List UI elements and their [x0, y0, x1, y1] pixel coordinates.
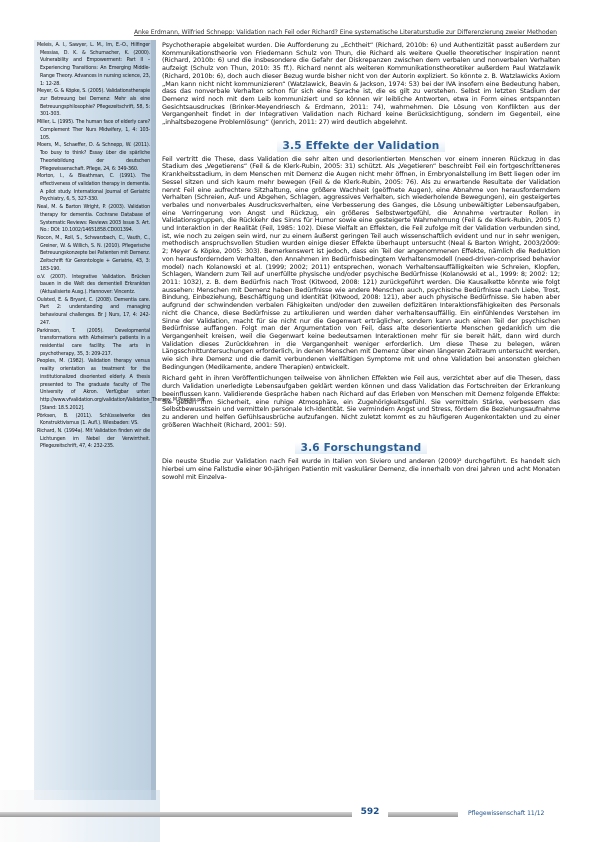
paragraph-effects-feil: Feil vertritt die These, dass Validation… [162, 156, 560, 372]
reference-item: Peoples, M. (1982). Validation therapy v… [37, 358, 150, 412]
reference-item: Pörksen, B. (2011). Schlüsselwerke des K… [37, 413, 150, 428]
reference-list: Meleis, A. I., Sawyer, L. M., Im, E.-O.,… [37, 42, 150, 451]
section-heading-3-6: 3.6 Forschungstand [162, 442, 560, 454]
section-heading-3-5: 3.5 Effekte der Validation [162, 140, 560, 152]
main-text-column: Psychotherapie abgeleitet wurden. Die Au… [162, 42, 560, 481]
reference-item: Meleis, A. I., Sawyer, L. M., Im, E.-O.,… [37, 42, 150, 88]
reference-item: Nocon, M., Roll, S., Schwarzbach, C., Va… [37, 235, 150, 274]
paragraph-effects-richard: Richard geht in ihren Veröffentlichungen… [162, 375, 560, 429]
reference-item: o.V. (2007). Integrative Validation. Brü… [37, 274, 150, 297]
paragraph-research-state: Die neuste Studie zur Validation nach Fe… [162, 458, 560, 481]
reference-item: Miller, L. (1995). The human face of eld… [37, 119, 150, 142]
page-number: 592 [352, 806, 388, 819]
running-header: Anke Erdmann, Wilfried Schnepp: Validati… [35, 29, 557, 37]
footer-rule [0, 812, 458, 817]
sidebar-edge [151, 40, 156, 800]
reference-item: Richard, N. (1994a). Mit Validation find… [37, 428, 150, 451]
section-heading-text: 3.5 Effekte der Validation [277, 140, 446, 152]
paragraph-intro: Psychotherapie abgeleitet wurden. Die Au… [162, 42, 560, 127]
reference-item: Moers, M., Schaeffer, D. & Schnepp, W. (… [37, 142, 150, 173]
reference-item: Neal, M. & Barton Wright, P. (2003). Val… [37, 204, 150, 235]
journal-issue-label: Pflegewissenschaft 11/12 [468, 809, 544, 818]
reference-item: Parkinson, T. (2005). Developmental tran… [37, 328, 150, 359]
reference-item: Meyer, G. & Köpke, S. (2005). Validation… [37, 88, 150, 119]
reference-item: Oulsted, E. & Bryant, C. (2008). Dementi… [37, 297, 150, 328]
section-heading-text: 3.6 Forschungstand [295, 442, 428, 454]
reference-item: Morton, I., & Bleathman, C. (1991). The … [37, 173, 150, 204]
